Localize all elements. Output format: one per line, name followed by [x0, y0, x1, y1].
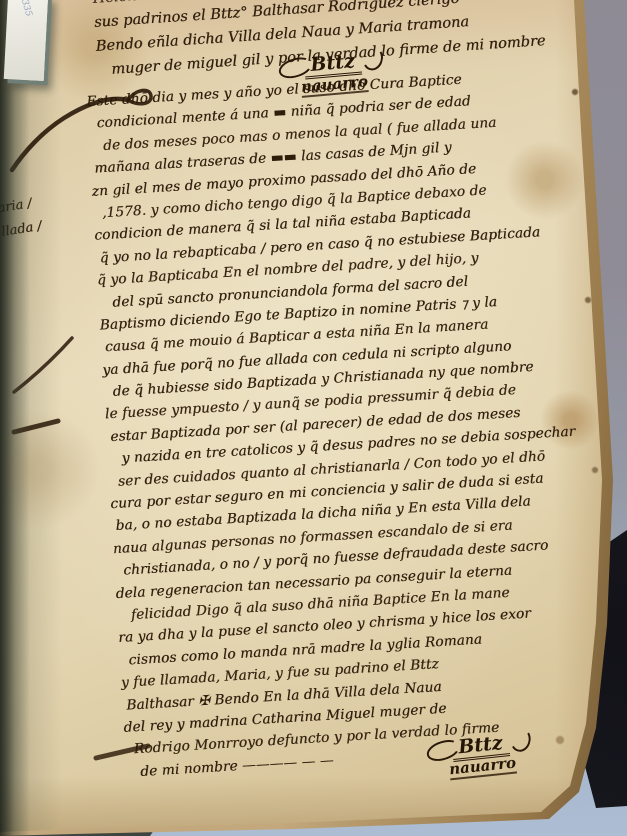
- signature-navarro-bottom: Bttz nauarro: [446, 731, 517, 781]
- archive-label: 335: [4, 0, 49, 81]
- manuscript-photo: Helena sus padrinos el Bttz° Balthasar R…: [0, 0, 627, 836]
- body-lines: Este dhō dia y mes y año yo el suso dhō …: [86, 65, 612, 787]
- signature-abbreviation: Bttz: [304, 50, 362, 80]
- archive-label-text: 335: [19, 0, 39, 36]
- book-gutter-shadow: [0, 0, 30, 836]
